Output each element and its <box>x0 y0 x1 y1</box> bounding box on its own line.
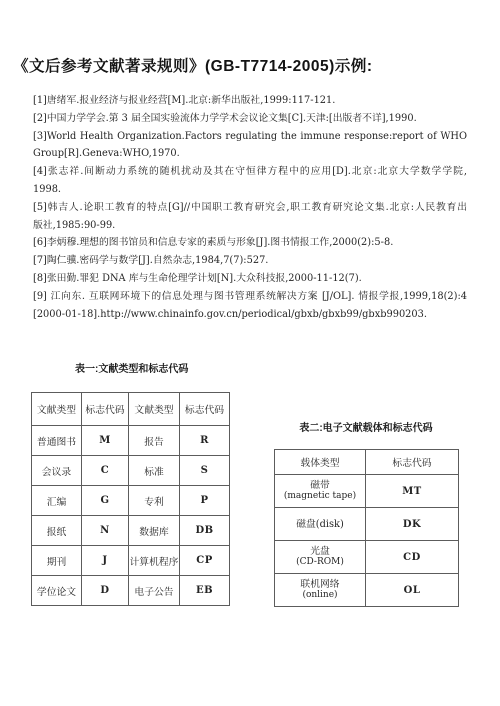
doc-type-cell: 汇编 <box>32 486 82 516</box>
carrier-code-table: 载体类型 标志代码 磁带 (magnetic tape) MT 磁盘(disk)… <box>274 449 459 607</box>
carrier-name: 联机网络 <box>275 579 365 590</box>
table-row: 光盘 (CD-ROM) CD <box>275 541 459 574</box>
code-cell: M <box>82 426 129 456</box>
reference-line: [7]陶仁骥.密码学与数学[J].自然杂志,1984,7(7):527. <box>33 252 467 270</box>
reference-line: [3]World Health Organization.Factors reg… <box>33 128 467 146</box>
document-type-code-table: 文献类型 标志代码 文献类型 标志代码 普通图书 M 报告 R 会议录 C 标准… <box>31 392 230 606</box>
carrier-name: 光盘 <box>275 546 365 557</box>
reference-line: 1998. <box>33 181 467 199</box>
doc-type-cell: 专利 <box>129 486 180 516</box>
reference-line: [4]张志祥.间断动力系统的随机扰动及其在守恒律方程中的应用[D].北京:北京大… <box>33 163 467 181</box>
reference-line: [8]张田勤.罪犯 DNA 库与生命伦理学计划[N].大众科技报,2000-11… <box>33 270 467 288</box>
table-row: 报纸 N 数据库 DB <box>32 516 230 546</box>
doc-type-cell: 普通图书 <box>32 426 82 456</box>
table-row: 磁带 (magnetic tape) MT <box>275 475 459 508</box>
reference-list: [1]唐绪军.报业经济与报业经营[M].北京:新华出版社,1999:117-12… <box>33 92 467 323</box>
page-title: 《文后参考文献著录规则》(GB-T7714-2005)示例: <box>13 54 373 76</box>
carrier-name: 磁带 <box>275 480 365 491</box>
doc-type-cell: 报告 <box>129 426 180 456</box>
doc-type-cell: 学位论文 <box>32 576 82 606</box>
carrier-cell: 光盘 (CD-ROM) <box>275 541 366 574</box>
table-row: 期刊 J 计算机程序 CP <box>32 546 230 576</box>
table1-header-code: 标志代码 <box>82 393 129 426</box>
carrier-cell: 磁带 (magnetic tape) <box>275 475 366 508</box>
code-cell: P <box>180 486 230 516</box>
code-cell: G <box>82 486 129 516</box>
table1-header-doc-type: 文献类型 <box>32 393 82 426</box>
table-row: 会议录 C 标准 S <box>32 456 230 486</box>
code-cell: C <box>82 456 129 486</box>
reference-line: Group[R].Geneva:WHO,1970. <box>33 145 467 163</box>
table2-header-carrier: 载体类型 <box>275 450 366 475</box>
table-header-row: 载体类型 标志代码 <box>275 450 459 475</box>
code-cell: S <box>180 456 230 486</box>
carrier-subname: (magnetic tape) <box>275 491 365 502</box>
doc-type-cell: 电子公告 <box>129 576 180 606</box>
reference-line: [5]韩吉人.论职工教育的特点[G]//中国职工教育研究会,职工教育研究论文集.… <box>33 199 467 217</box>
doc-type-cell: 标准 <box>129 456 180 486</box>
code-cell: D <box>82 576 129 606</box>
carrier-cell: 磁盘(disk) <box>275 508 366 541</box>
document-page: 《文后参考文献著录规则》(GB-T7714-2005)示例: [1]唐绪军.报业… <box>0 0 500 706</box>
table-header-row: 文献类型 标志代码 文献类型 标志代码 <box>32 393 230 426</box>
table2-header-code: 标志代码 <box>366 450 459 475</box>
table-row: 汇编 G 专利 P <box>32 486 230 516</box>
table-row: 学位论文 D 电子公告 EB <box>32 576 230 606</box>
code-cell: J <box>82 546 129 576</box>
table1-caption: 表一:文献类型和标志代码 <box>75 360 188 375</box>
table1-header-code: 标志代码 <box>180 393 230 426</box>
table-row: 联机网络 (online) OL <box>275 574 459 607</box>
carrier-subname: (CD-ROM) <box>275 557 365 568</box>
table-row: 普通图书 M 报告 R <box>32 426 230 456</box>
code-cell: R <box>180 426 230 456</box>
code-cell: DB <box>180 516 230 546</box>
doc-type-cell: 计算机程序 <box>129 546 180 576</box>
doc-type-cell: 报纸 <box>32 516 82 546</box>
doc-type-cell: 期刊 <box>32 546 82 576</box>
table2-caption: 表二:电子文献载体和标志代码 <box>274 419 458 434</box>
doc-type-cell: 会议录 <box>32 456 82 486</box>
code-cell: CP <box>180 546 230 576</box>
carrier-cell: 联机网络 (online) <box>275 574 366 607</box>
code-cell: N <box>82 516 129 546</box>
table-row: 磁盘(disk) DK <box>275 508 459 541</box>
table1-header-doc-type: 文献类型 <box>129 393 180 426</box>
code-cell: MT <box>366 475 459 508</box>
reference-line: 版社,1985:90-99. <box>33 217 467 235</box>
reference-line: [6]李炳穆.理想的图书馆员和信息专家的素质与形象[J].图书情报工作,2000… <box>33 234 467 252</box>
carrier-name: 磁盘(disk) <box>275 519 365 530</box>
code-cell: DK <box>366 508 459 541</box>
carrier-subname: (online) <box>275 590 365 601</box>
code-cell: EB <box>180 576 230 606</box>
reference-line: [2]中国力学学会.第 3 届全国实验流体力学学术会议论文集[C].天津:[出版… <box>33 110 467 128</box>
doc-type-cell: 数据库 <box>129 516 180 546</box>
code-cell: CD <box>366 541 459 574</box>
code-cell: OL <box>366 574 459 607</box>
reference-line: [2000-01-18].http://www.chinainfo.gov.cn… <box>33 306 467 324</box>
reference-line: [1]唐绪军.报业经济与报业经营[M].北京:新华出版社,1999:117-12… <box>33 92 467 110</box>
reference-line: [9] 江向东. 互联网环境下的信息处理与图书管理系统解决方案 [J/OL]. … <box>33 288 467 306</box>
